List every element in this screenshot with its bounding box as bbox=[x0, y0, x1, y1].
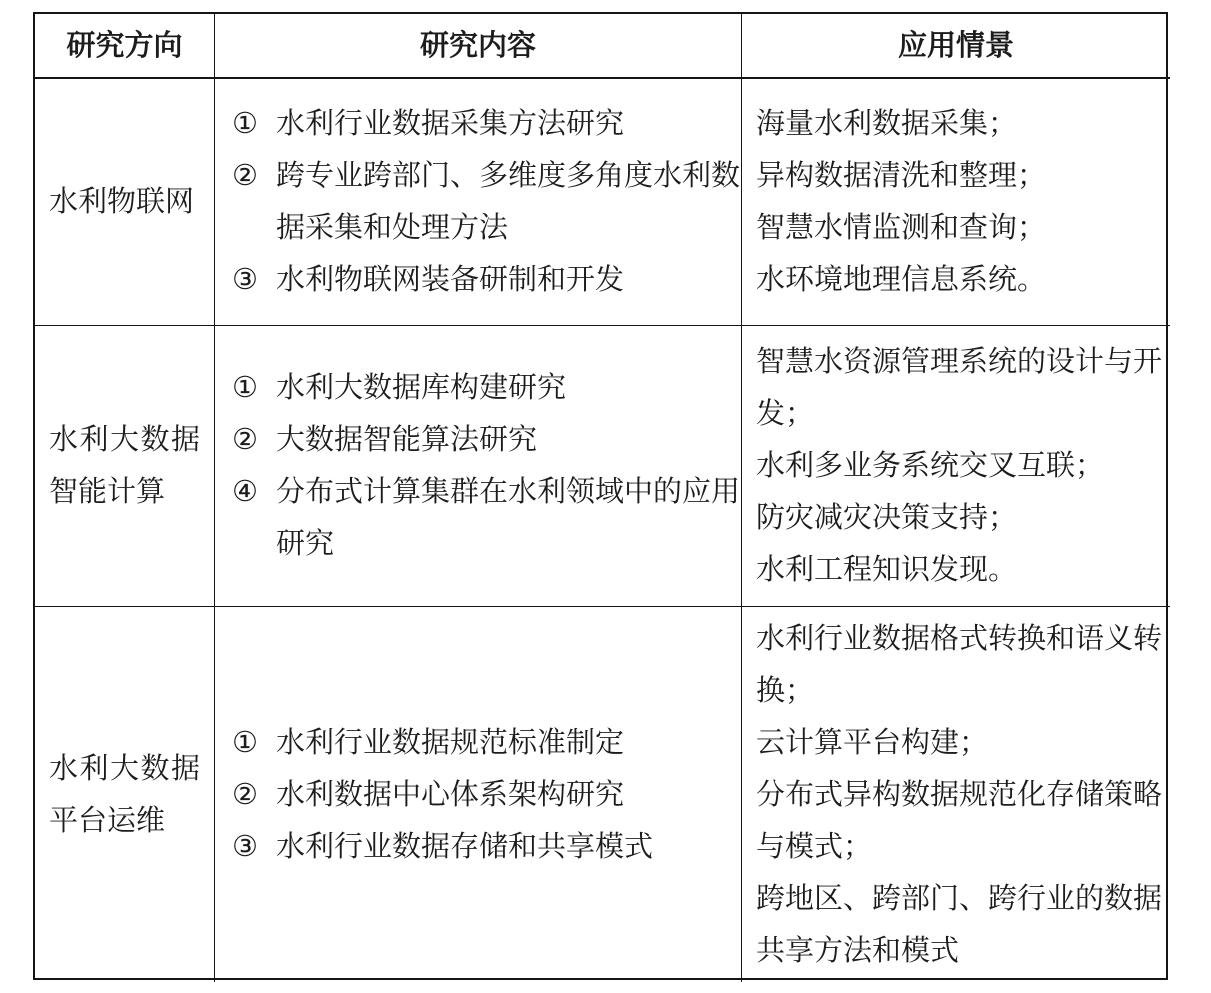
application-line: 跨地区、跨部门、跨行业的数据共享方法和模式 bbox=[756, 873, 1165, 977]
application-line: 智慧水情监测和查询； bbox=[756, 202, 1165, 254]
circled-number-marker: ② bbox=[232, 769, 276, 821]
row-2-application-cell: 智慧水资源管理系统的设计与开发； 水利多业务系统交叉互联； 防灾减灾决策支持； … bbox=[742, 326, 1170, 607]
row-1-direction-text: 水利物联网 bbox=[49, 176, 200, 228]
content-item-text: 分布式计算集群在水利领域中的应用研究 bbox=[276, 466, 741, 570]
application-line: 异构数据清洗和整理； bbox=[756, 150, 1165, 202]
content-item-text: 大数据智能算法研究 bbox=[276, 414, 741, 466]
content-item: ② 大数据智能算法研究 bbox=[232, 414, 741, 466]
application-line: 水环境地理信息系统。 bbox=[756, 254, 1165, 306]
content-item: ④ 分布式计算集群在水利领域中的应用研究 bbox=[232, 466, 741, 570]
header-cell-application-scenario: 应用情景 bbox=[742, 14, 1170, 79]
circled-number-marker: ③ bbox=[232, 821, 276, 873]
circled-number-marker: ② bbox=[232, 150, 276, 202]
content-item-text: 跨专业跨部门、多维度多角度水利数据采集和处理方法 bbox=[276, 150, 741, 254]
application-line: 水利行业数据格式转换和语义转换； bbox=[756, 613, 1165, 717]
content-item: ② 水利数据中心体系架构研究 bbox=[232, 769, 741, 821]
row-1-direction-cell: 水利物联网 bbox=[35, 79, 215, 326]
application-line: 防灾减灾决策支持； bbox=[756, 492, 1165, 544]
application-line: 分布式异构数据规范化存储策略与模式； bbox=[756, 769, 1165, 873]
content-item-text: 水利数据中心体系架构研究 bbox=[276, 769, 741, 821]
content-item: ① 水利行业数据规范标准制定 bbox=[232, 717, 741, 769]
row-3-direction-cell: 水利大数据平台运维 bbox=[35, 607, 215, 982]
content-item: ③ 水利物联网装备研制和开发 bbox=[232, 254, 741, 306]
content-item: ③ 水利行业数据存储和共享模式 bbox=[232, 821, 741, 873]
row-2-content-cell: ① 水利大数据库构建研究 ② 大数据智能算法研究 ④ 分布式计算集群在水利领域中… bbox=[215, 326, 742, 607]
circled-number-marker: ② bbox=[232, 414, 276, 466]
content-item: ② 跨专业跨部门、多维度多角度水利数据采集和处理方法 bbox=[232, 150, 741, 254]
research-table: 研究方向 研究内容 应用情景 水利物联网 ① 水利行业数据采集方法研究 ② 跨专… bbox=[33, 12, 1168, 980]
header-label-research-direction: 研究方向 bbox=[66, 29, 182, 63]
header-label-research-content: 研究内容 bbox=[420, 29, 536, 63]
application-line: 云计算平台构建； bbox=[756, 717, 1165, 769]
row-2-direction-text: 水利大数据智能计算 bbox=[49, 414, 200, 518]
circled-number-marker: ④ bbox=[232, 466, 276, 518]
header-cell-research-content: 研究内容 bbox=[215, 14, 742, 79]
content-item: ① 水利行业数据采集方法研究 bbox=[232, 98, 741, 150]
circled-number-marker: ① bbox=[232, 717, 276, 769]
content-item: ① 水利大数据库构建研究 bbox=[232, 362, 741, 414]
circled-number-marker: ③ bbox=[232, 254, 276, 306]
application-line: 水利多业务系统交叉互联； bbox=[756, 440, 1165, 492]
document-page: 研究方向 研究内容 应用情景 水利物联网 ① 水利行业数据采集方法研究 ② 跨专… bbox=[0, 0, 1211, 993]
row-1-application-cell: 海量水利数据采集； 异构数据清洗和整理； 智慧水情监测和查询； 水环境地理信息系… bbox=[742, 79, 1170, 326]
row-1-content-cell: ① 水利行业数据采集方法研究 ② 跨专业跨部门、多维度多角度水利数据采集和处理方… bbox=[215, 79, 742, 326]
application-line: 水利工程知识发现。 bbox=[756, 544, 1165, 596]
content-item-text: 水利行业数据规范标准制定 bbox=[276, 717, 741, 769]
row-3-content-cell: ① 水利行业数据规范标准制定 ② 水利数据中心体系架构研究 ③ 水利行业数据存储… bbox=[215, 607, 742, 982]
application-line: 智慧水资源管理系统的设计与开发； bbox=[756, 336, 1165, 440]
row-3-application-cell: 水利行业数据格式转换和语义转换； 云计算平台构建； 分布式异构数据规范化存储策略… bbox=[742, 607, 1170, 982]
content-item-text: 水利行业数据采集方法研究 bbox=[276, 98, 741, 150]
circled-number-marker: ① bbox=[232, 98, 276, 150]
row-3-direction-text: 水利大数据平台运维 bbox=[49, 743, 200, 847]
content-item-text: 水利大数据库构建研究 bbox=[276, 362, 741, 414]
content-item-text: 水利物联网装备研制和开发 bbox=[276, 254, 741, 306]
header-label-application-scenario: 应用情景 bbox=[898, 29, 1014, 63]
content-item-text: 水利行业数据存储和共享模式 bbox=[276, 821, 741, 873]
application-line: 海量水利数据采集； bbox=[756, 98, 1165, 150]
header-cell-research-direction: 研究方向 bbox=[35, 14, 215, 79]
row-2-direction-cell: 水利大数据智能计算 bbox=[35, 326, 215, 607]
circled-number-marker: ① bbox=[232, 362, 276, 414]
